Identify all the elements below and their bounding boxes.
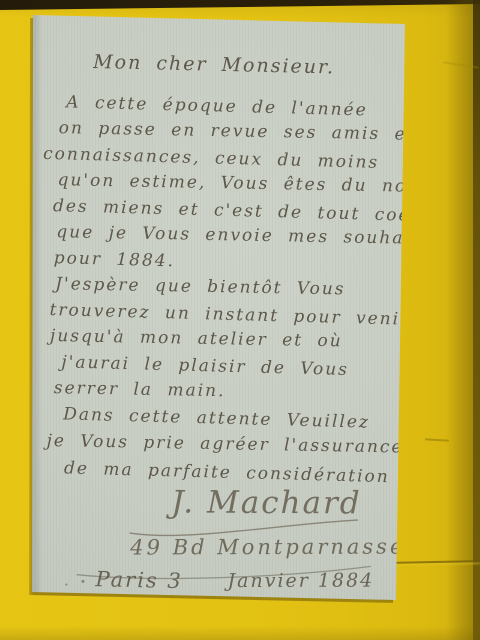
letter-line: que je Vous envoie mes souhaits [56, 222, 431, 249]
place: Paris 3 [95, 567, 183, 593]
handwriting-layer: Mon cher Monsieur. A cette époque de l'a… [19, 8, 406, 610]
letter-line: jusqu'à mon atelier et où [50, 326, 343, 351]
letter-line: qu'on estime, Vous êtes du nombre [57, 170, 460, 197]
letter-line: serrer la main. [54, 378, 226, 401]
letter-paper: Mon cher Monsieur. A cette époque de l'a… [32, 8, 406, 602]
ink-speck [81, 580, 84, 583]
background-crease [425, 438, 449, 441]
letter-line: on passe en revue ses amis et [59, 118, 416, 145]
letter-line: trouverez un instant pour venir [49, 300, 410, 330]
letter-line: je Vous prie agréer l'assurance [46, 431, 403, 458]
table-edge-shadow [0, 0, 480, 10]
letter-line: J'espère que bientôt Vous [55, 274, 346, 299]
address-line: 49 Bd Montparnasse [130, 535, 405, 560]
letter-line: A cette époque de l'année [66, 92, 368, 120]
letter-line: Dans cette attente Veuillez [63, 404, 370, 432]
letter-line: de ma parfaite considération [64, 458, 390, 487]
signature: J. Machard [171, 484, 362, 521]
right-edge-dark-strip [473, 0, 480, 640]
letter-line: connaissances, ceux du moins [43, 144, 380, 173]
ink-speck [65, 583, 67, 585]
letter-line: j'aurai le plaisir de Vous [61, 352, 349, 380]
salutation: Mon cher Monsieur. [93, 51, 335, 78]
date: Janvier 1884 [227, 570, 374, 593]
letter-line: pour 1884. [54, 248, 176, 271]
photo-scene: Mon cher Monsieur. A cette époque de l'a… [0, 0, 480, 640]
letter-line: des miens et c'est de tout coeur [53, 196, 434, 226]
